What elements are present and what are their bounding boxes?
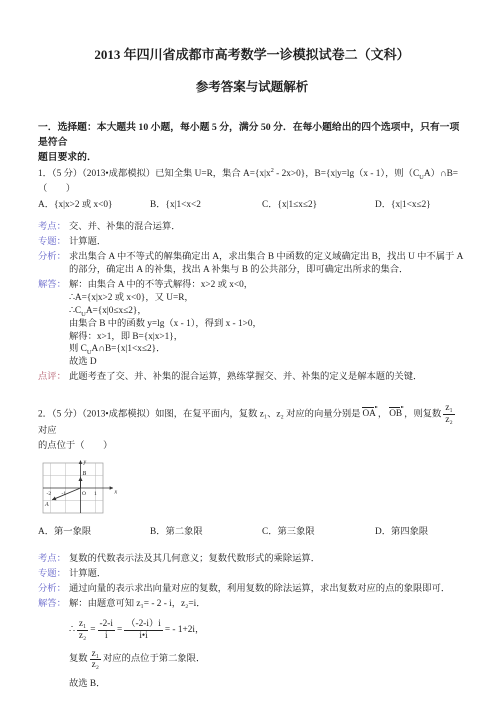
q2-stem-text: ，则复数: [404, 409, 441, 419]
q1-zhuanti-content: 计算题．: [69, 236, 466, 249]
q1-solution-line: 由集合 B 中的函数 y=lg（x - 1），得到 x - 1>0，: [69, 318, 466, 331]
q2-kaodian-content: 复数的代数表示法及其几何意义；复数代数形式的乘除运算．: [69, 553, 466, 566]
q1-fenxi-content: 求出集合 A 中不等式的解集确定出 A，求出集合 B 中函数的定义域确定出 B，…: [69, 251, 466, 277]
q2-answer-line: 故选 B．: [69, 678, 466, 691]
q1-solution-line: ∴CUA={x|0≤x≤2}，: [69, 305, 466, 318]
x-axis-label: x: [114, 490, 118, 496]
q2-jieda-row: 解答： 解：由题意可知 z₁= - 2 - i，z₂=i． ∴ z₁z₂ = -…: [38, 598, 466, 690]
q1-option-b: B．{x|1<x<2: [150, 199, 262, 212]
q2-zhuanti-content: 计算题．: [69, 568, 466, 581]
q1-jieda-row: 解答： 解：由集合 A 中的不等式解得：x>2 或 x<0， ∴A={x|x>2…: [38, 279, 466, 369]
q1-solution-line: 则 CUA∩B={x|1<x≤2}．: [69, 343, 466, 356]
tick-minus2: -2: [47, 491, 52, 497]
q2-option-c: C．第三象限: [262, 526, 375, 539]
q1-stem-text: - 2x>0}，B={x|y=lg（x - 1），则（C: [274, 169, 419, 179]
q2-stem-text: ，: [378, 409, 387, 419]
q1-dianping-row: 点评： 此题考查了交、并、补集的混合运算，熟练掌握交、并、补集的定义是解本题的关…: [38, 371, 466, 384]
q1-jieda-content: 解：由集合 A 中的不等式解得：x>2 或 x<0， ∴A={x|x>2 或 x…: [69, 279, 466, 369]
jieda-label: 解答：: [38, 598, 69, 690]
question-2-block: 2．（5 分）（2013•成都模拟）如图，在复平面内，复数 z₁、z₂ 对应的向…: [38, 403, 466, 691]
document-title: 2013 年四川省成都市高考数学一诊模拟试卷二（文科）: [38, 46, 466, 64]
q2-fenxi-content: 通过向量的表示求出向量对应的复数，利用复数的除法运算，求出复数对应的点的象限即可…: [69, 583, 466, 596]
q1-dianping-content: 此题考查了交、并、补集的混合运算，熟练掌握交、并、补集的定义是解本题的关键．: [69, 371, 466, 384]
fraction-numerator: （-2-i）i: [124, 619, 163, 631]
kaodian-label: 考点：: [38, 553, 69, 566]
q1-stem: 1．（5 分）（2013•成都模拟）已知全集 U=R，集合 A={x|x2 - …: [38, 168, 466, 182]
tick-minus1: -1: [62, 491, 67, 497]
fraction-denominator: i•i: [124, 631, 163, 642]
q2-stem: 2．（5 分）（2013•成都模拟）如图，在复平面内，复数 z₁、z₂ 对应的向…: [38, 403, 466, 439]
q1-stem-text: A）∩B=: [424, 169, 458, 179]
q1-option-c: C．{x|1≤x≤2}: [262, 199, 375, 212]
fraction-z1-z2: z₁z₂: [443, 403, 454, 425]
fenxi-label: 分析：: [38, 583, 69, 596]
q2-option-d: D．第四象限: [375, 526, 466, 539]
q1-solution-text: A∩B={x|1<x≤2}．: [92, 344, 166, 354]
q1-solution-line: 解：由集合 A 中的不等式解得：x>2 或 x<0，: [69, 279, 466, 292]
fenxi-label: 分析：: [38, 251, 69, 277]
equals-sign: =: [117, 624, 122, 637]
fraction-z1-z2: z₁z₂: [90, 649, 101, 671]
q2-option-b: B．第二象限: [150, 526, 262, 539]
q1-solution-text: A={x|0≤x≤2}，: [86, 306, 147, 316]
section-heading: 一．选择题：本大题共 10 小题，每小题 5 分，满分 50 分．在每小题给出的…: [38, 120, 466, 166]
q2-analysis-block: 考点： 复数的代数表示法及其几何意义；复数代数形式的乘除运算． 专题： 计算题．…: [38, 553, 466, 690]
q1-option-a: A．{x|x>2 或 x<0}: [38, 199, 150, 212]
q2-options: A．第一象限 B．第二象限 C．第三象限 D．第四象限: [38, 526, 466, 539]
q2-conclusion-text: 复数: [69, 653, 88, 666]
q2-kaodian-row: 考点： 复数的代数表示法及其几何意义；复数代数形式的乘除运算．: [38, 553, 466, 566]
q1-answer-line: 故选 D: [69, 356, 466, 369]
tick-plus1: 1: [94, 491, 97, 497]
y-axis-label: y: [83, 460, 87, 466]
q2-zhuanti-row: 专题： 计算题．: [38, 568, 466, 581]
q2-solution-line: 解：由题意可知 z₁= - 2 - i，z₂=i．: [69, 598, 466, 611]
question-1-block: 1．（5 分）（2013•成都模拟）已知全集 U=R，集合 A={x|x2 - …: [38, 168, 466, 384]
fraction-expanded: （-2-i）ii•i: [124, 619, 163, 641]
dianping-label: 点评：: [38, 371, 69, 384]
fraction-numerator: z₁: [77, 619, 88, 631]
q2-option-a: A．第一象限: [38, 526, 150, 539]
q1-kaodian-content: 交、并、补集的混合运算．: [69, 221, 466, 234]
document-subtitle: 参考答案与试题解析: [38, 79, 466, 97]
q2-jieda-content: 解：由题意可知 z₁= - 2 - i，z₂=i． ∴ z₁z₂ = -2-ii…: [69, 598, 466, 690]
vector-oa: OA: [362, 408, 375, 422]
q1-zhuanti-row: 专题： 计算题．: [38, 236, 466, 249]
point-b-label: B: [83, 471, 87, 477]
fraction-numerator: z₁: [443, 403, 454, 415]
q1-solution-text: 则 C: [69, 344, 87, 354]
q1-option-d: D．{x|1<x≤2}: [375, 199, 466, 212]
q1-options: A．{x|x>2 或 x<0} B．{x|1<x<2 C．{x|1≤x≤2} D…: [38, 199, 466, 212]
fraction-z1-z2: z₁z₂: [77, 619, 88, 641]
q1-fenxi-row: 分析： 求出集合 A 中不等式的解集确定出 A，求出集合 B 中函数的定义域确定…: [38, 251, 466, 277]
q1-kaodian-row: 考点： 交、并、补集的混合运算．: [38, 221, 466, 234]
zhuanti-label: 专题：: [38, 568, 69, 581]
q2-fenxi-row: 分析： 通过向量的表示求出向量对应的复数，利用复数的除法运算，求出复数对应的点的…: [38, 583, 466, 596]
fraction-denominator: z₂: [77, 631, 88, 642]
q2-answer-blank: 的点位于（ ）: [38, 440, 466, 453]
fraction-denominator: z₂: [443, 415, 454, 426]
vector-ob: OB: [389, 408, 402, 422]
q2-solution-formula: ∴ z₁z₂ = -2-ii = （-2-i）ii•i = - 1+2i，: [69, 619, 466, 641]
therefore-symbol: ∴: [69, 624, 75, 637]
kaodian-label: 考点：: [38, 221, 69, 234]
q1-analysis-block: 考点： 交、并、补集的混合运算． 专题： 计算题． 分析： 求出集合 A 中不等…: [38, 221, 466, 384]
fraction-denominator: z₂: [90, 660, 101, 671]
jieda-label: 解答：: [38, 279, 69, 369]
zhuanti-label: 专题：: [38, 236, 69, 249]
equals-sign: =: [90, 624, 95, 637]
fraction-denominator: i: [98, 631, 115, 642]
fraction-numerator: -2-i: [98, 619, 115, 631]
complex-plane-figure: y x -2 -1 O 1 B A: [38, 457, 466, 524]
q1-solution-line: 解得：x>1，即 B={x|x>1}，: [69, 331, 466, 344]
q1-solution-line: ∴A={x|x>2 或 x<0}，又 U=R，: [69, 292, 466, 305]
q2-stem-text: 2．（5 分）（2013•成都模拟）如图，在复平面内，复数 z₁、z₂ 对应的向…: [38, 409, 360, 419]
complex-plane-svg: y x -2 -1 O 1 B A: [38, 457, 120, 519]
fraction-neg2i-over-i: -2-ii: [98, 619, 115, 641]
formula-result: = - 1+2i，: [165, 624, 204, 637]
tick-origin: O: [82, 491, 86, 497]
q1-stem-text: 1．（5 分）（2013•成都模拟）已知全集 U=R，集合 A={x|x: [38, 169, 271, 179]
q1-solution-text: ∴C: [69, 306, 81, 316]
q2-stem-text: 对应: [38, 426, 57, 436]
fraction-numerator: z₁: [90, 649, 101, 661]
section-heading-line2: 题目要求的．: [38, 150, 466, 165]
q1-answer-blank: （ ）: [38, 183, 466, 196]
q2-conclusion-line: 复数 z₁z₂ 对应的点位于第二象限．: [69, 649, 466, 671]
q2-conclusion-text: 对应的点位于第二象限．: [103, 653, 205, 666]
exam-document-page: 2013 年四川省成都市高考数学一诊模拟试卷二（文科） 参考答案与试题解析 一．…: [0, 0, 500, 691]
vector-oa-arrow: [52, 488, 80, 500]
point-a-label: A: [44, 502, 49, 508]
section-heading-line1: 一．选择题：本大题共 10 小题，每小题 5 分，满分 50 分．在每小题给出的…: [38, 120, 466, 150]
